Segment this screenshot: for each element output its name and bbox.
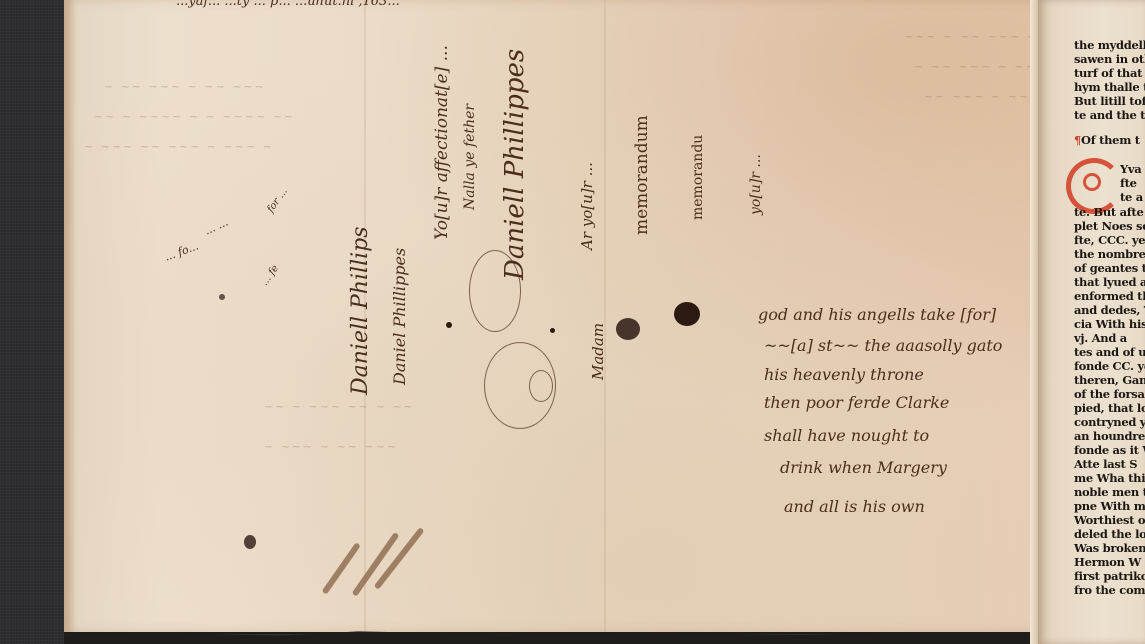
ink-blot <box>616 318 640 340</box>
print-line: fro the comy <box>1074 583 1145 597</box>
ink-blot <box>244 535 256 549</box>
print-line: the nombre c <box>1074 247 1145 261</box>
print-line: first patriko <box>1074 569 1145 583</box>
margin-scribble: ... ... <box>202 215 230 237</box>
print-line: of geantes t <box>1074 261 1145 275</box>
vertical-text-memorandu: memorandu <box>690 135 706 220</box>
poem-line: his heavenly throne <box>764 365 924 384</box>
vertical-text-father: Nalla ye fether <box>462 104 478 210</box>
print-line: plet Noes so <box>1074 219 1145 233</box>
print-line: te and the th <box>1074 108 1145 122</box>
bleed-through-text: ~~ ~~~ ~ ~~ ~ <box>924 90 1047 103</box>
print-line: of the forsaid <box>1074 387 1145 401</box>
poem-line: ~~[a] st~~ the aaasolly gato <box>764 336 1002 355</box>
print-line: cia With his <box>1074 317 1145 331</box>
bleed-through-text: ~ ~~ ~~~ ~ ~~ ~~~ <box>104 80 266 93</box>
margin-scribble: ... fo... <box>163 239 200 263</box>
print-line: Hermon W <box>1074 555 1141 569</box>
poem-line: then poor ferde Clarke <box>764 393 949 412</box>
top-clipped-line: ...yaf... ...ty ... p... ...uhut.ni ,163… <box>176 0 400 9</box>
print-line: turf of that f <box>1074 66 1145 80</box>
ink-spot <box>219 294 225 300</box>
print-line: Was broken <box>1074 541 1145 555</box>
print-line: Worthiest of <box>1074 513 1145 527</box>
book-page-edge <box>1030 0 1038 644</box>
poem-line: drink when Margery <box>780 458 947 477</box>
vertical-text-your: Ar yo[u]r ... <box>578 162 596 250</box>
print-line: enformed th <box>1074 289 1145 303</box>
print-line: fonde CC. ye <box>1074 359 1145 373</box>
printed-book-page: the myddell c sawen in othi turf of that… <box>1038 0 1145 644</box>
print-line: Yva <box>1120 162 1141 176</box>
print-line: tes and of u <box>1074 345 1145 359</box>
bleed-through-text: ~~ ~ ~~~~ ~ ~ ~~~~ ~~ <box>94 110 295 123</box>
print-line: an houndred <box>1074 429 1145 443</box>
print-line: and dedes, T <box>1074 303 1145 317</box>
vertical-text-madam: Madam <box>589 323 607 380</box>
print-line: vj. And a <box>1074 331 1127 345</box>
vertical-text-affectionate: Yo[u]r affectionat[e] ... <box>432 45 452 240</box>
signature-daniell-phillips: Daniell Phillips <box>348 226 373 395</box>
bleed-through-text: ~~~ ~ ~~ ~~~ ~~ <box>904 30 1049 43</box>
print-line: noble men th <box>1074 485 1145 499</box>
print-line: deled the lon <box>1074 527 1145 541</box>
poem-line: and all is his own <box>784 497 925 516</box>
calligraphic-flourish <box>529 370 553 402</box>
fold-line <box>604 0 606 632</box>
bleed-through-text: ~ ~~ ~~~ ~ ~~~ <box>914 60 1048 73</box>
print-line: fte <box>1120 176 1137 190</box>
print-line: pne With m <box>1074 499 1145 513</box>
poem-line: god and his angells take [for] <box>758 305 996 324</box>
vertical-text-your-2: yo[u]r ... <box>748 154 764 215</box>
ink-spot <box>446 322 452 328</box>
print-line: sawen in othi <box>1074 52 1145 66</box>
print-line: the myddell c <box>1074 38 1145 52</box>
ink-blot <box>674 302 700 326</box>
print-line: te. But afte <box>1074 205 1143 219</box>
print-line: contryned y <box>1074 415 1145 429</box>
bleed-through-text: ~~ ~ ~~~ ~~ ~ ~~ <box>264 400 415 413</box>
vertical-text-memorandum: memorandum <box>632 115 652 235</box>
print-line: that lyued a <box>1074 275 1145 289</box>
print-line: Atte last S <box>1074 457 1137 471</box>
print-line: fte, CCC. ye <box>1074 233 1145 247</box>
rubric-heading: ¶Of them t <box>1074 133 1140 147</box>
print-line: But litill tofo <box>1074 94 1145 108</box>
signature-daniell-phillippes: Daniell Phillippes <box>500 49 530 280</box>
poem-line: shall have nought to <box>764 426 929 445</box>
print-line: fonde as it W <box>1074 443 1145 457</box>
margin-scribble: ... fe <box>259 263 281 288</box>
margin-scribble: for ... <box>265 186 290 215</box>
bleed-through-text: ~ ~~~ ~~ ~~~ ~ ~~~ ~ <box>84 140 274 153</box>
ink-spot <box>550 328 555 333</box>
bleed-through-text: ~ ~~~ ~ ~~ ~~~ <box>264 440 398 453</box>
print-line: hym thalle th <box>1074 80 1145 94</box>
pilcrow-icon: ¶ <box>1074 133 1081 147</box>
manuscript-sheet: ~ ~~ ~~~ ~ ~~ ~~~ ~~ ~ ~~~~ ~ ~ ~~~~ ~~ … <box>64 0 1036 634</box>
print-line: te a <box>1120 190 1143 204</box>
print-line: me Wha thi <box>1074 471 1145 485</box>
calligraphic-flourish <box>469 250 521 332</box>
print-line: theren, Gand <box>1074 373 1145 387</box>
print-line: pied, that lo <box>1074 401 1145 415</box>
signature-daniel-phillippes: Daniel Phillippes <box>390 248 409 385</box>
